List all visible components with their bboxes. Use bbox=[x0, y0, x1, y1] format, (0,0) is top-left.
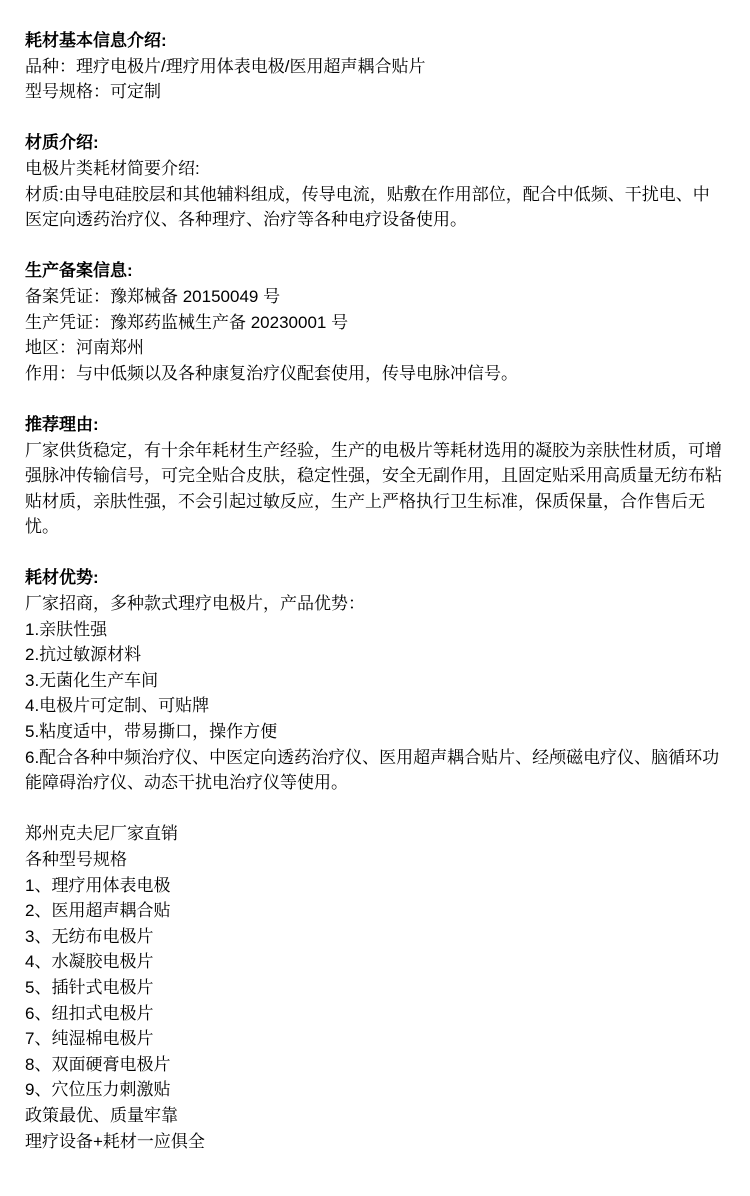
section-heading: 生产备案信息: bbox=[25, 258, 725, 284]
text-line: 厂家招商，多种款式理疗电极片，产品优势： bbox=[25, 591, 725, 617]
text-line: 1、理疗用体表电极 bbox=[25, 873, 725, 899]
text-line: 理疗设备+耗材一应俱全 bbox=[25, 1129, 725, 1155]
text-line: 地区：河南郑州 bbox=[25, 335, 725, 361]
text-line: 作用：与中低频以及各种康复治疗仪配套使用，传导电脉冲信号。 bbox=[25, 361, 725, 387]
text-line: 5.粘度适中，带易撕口，操作方便 bbox=[25, 719, 725, 745]
text-line: 生产凭证：豫郑药监械生产备 20230001 号 bbox=[25, 310, 725, 336]
text-line: 4.电极片可定制、可贴牌 bbox=[25, 693, 725, 719]
text-line: 1.亲肤性强 bbox=[25, 617, 725, 643]
document-page: 耗材基本信息介绍:品种：理疗电极片/理疗用体表电极/医用超声耦合贴片型号规格：可… bbox=[0, 0, 750, 1196]
text-line: 电极片类耗材简要介绍: bbox=[25, 156, 725, 182]
section-heading: 耗材基本信息介绍: bbox=[25, 28, 725, 54]
text-line: 型号规格：可定制 bbox=[25, 79, 725, 105]
text-line: 备案凭证：豫郑械备 20150049 号 bbox=[25, 284, 725, 310]
text-line: 政策最优、质量牢靠 bbox=[25, 1103, 725, 1129]
text-line: 郑州克夫尼厂家直销 bbox=[25, 821, 725, 847]
text-line: 2、医用超声耦合贴 bbox=[25, 898, 725, 924]
text-line: 品种：理疗电极片/理疗用体表电极/医用超声耦合贴片 bbox=[25, 54, 725, 80]
document-body: 耗材基本信息介绍:品种：理疗电极片/理疗用体表电极/医用超声耦合贴片型号规格：可… bbox=[25, 28, 725, 1154]
section: 耗材优势:厂家招商，多种款式理疗电极片，产品优势：1.亲肤性强2.抗过敏源材料3… bbox=[25, 565, 725, 795]
text-line: 2.抗过敏源材料 bbox=[25, 642, 725, 668]
section-heading: 推荐理由: bbox=[25, 412, 725, 438]
section-heading: 耗材优势: bbox=[25, 565, 725, 591]
section: 郑州克夫尼厂家直销各种型号规格1、理疗用体表电极2、医用超声耦合贴3、无纺布电极… bbox=[25, 821, 725, 1154]
text-line: 3.无菌化生产车间 bbox=[25, 668, 725, 694]
section: 推荐理由:厂家供货稳定，有十余年耗材生产经验，生产的电极片等耗材选用的凝胶为亲肤… bbox=[25, 412, 725, 540]
section: 耗材基本信息介绍:品种：理疗电极片/理疗用体表电极/医用超声耦合贴片型号规格：可… bbox=[25, 28, 725, 105]
text-line: 6.配合各种中频治疗仪、中医定向透药治疗仪、医用超声耦合贴片、经颅磁电疗仪、脑循… bbox=[25, 745, 725, 796]
text-line: 厂家供货稳定，有十余年耗材生产经验，生产的电极片等耗材选用的凝胶为亲肤性材质，可… bbox=[25, 438, 725, 540]
text-line: 各种型号规格 bbox=[25, 847, 725, 873]
text-line: 7、纯湿棉电极片 bbox=[25, 1026, 725, 1052]
text-line: 6、纽扣式电极片 bbox=[25, 1001, 725, 1027]
text-line: 5、插针式电极片 bbox=[25, 975, 725, 1001]
section: 生产备案信息:备案凭证：豫郑械备 20150049 号生产凭证：豫郑药监械生产备… bbox=[25, 258, 725, 386]
text-line: 8、双面硬膏电极片 bbox=[25, 1052, 725, 1078]
section: 材质介绍:电极片类耗材简要介绍:材质:由导电硅胶层和其他辅料组成，传导电流，贴敷… bbox=[25, 130, 725, 232]
text-line: 材质:由导电硅胶层和其他辅料组成，传导电流，贴敷在作用部位，配合中低频、干扰电、… bbox=[25, 182, 725, 233]
section-heading: 材质介绍: bbox=[25, 130, 725, 156]
text-line: 3、无纺布电极片 bbox=[25, 924, 725, 950]
text-line: 9、穴位压力刺激贴 bbox=[25, 1077, 725, 1103]
text-line: 4、水凝胶电极片 bbox=[25, 949, 725, 975]
